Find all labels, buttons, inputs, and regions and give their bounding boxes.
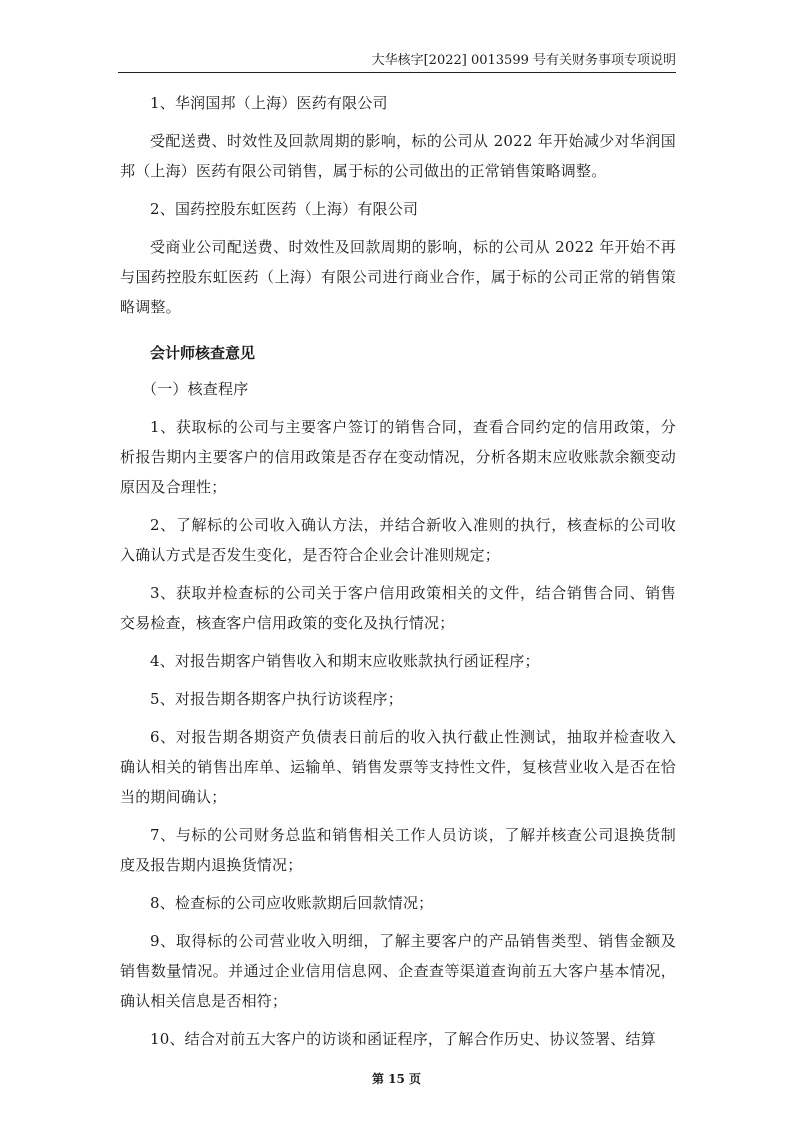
document-body: 1、华润国邦（上海）医药有限公司 受配送费、时效性及回款周期的影响，标的公司从 …	[120, 88, 676, 1062]
procedure-item: 3、获取并检查标的公司关于客户信用政策相关的文件，结合销售合同、销售交易检查，核…	[120, 578, 676, 638]
section-heading: 会计师核查意见	[120, 338, 676, 368]
paragraph: 受商业公司配送费、时效性及回款周期的影响，标的公司从 2022 年开始不再与国药…	[120, 232, 676, 322]
page-header: 大华核字[2022] 0013599 号有关财务事项专项说明	[118, 52, 676, 73]
subsection-heading: （一）核查程序	[120, 374, 676, 404]
procedure-item: 10、结合对前五大客户的访谈和函证程序，了解合作历史、协议签署、结算	[120, 1024, 676, 1054]
page-number: 第 15 页	[0, 1070, 793, 1087]
procedure-item: 4、对报告期客户销售收入和期末应收账款执行函证程序；	[120, 646, 676, 676]
procedure-item: 1、获取标的公司与主要客户签订的销售合同，查看合同约定的信用政策，分析报告期内主…	[120, 412, 676, 502]
procedure-item: 7、与标的公司财务总监和销售相关工作人员访谈，了解并核查公司退换货制度及报告期内…	[120, 820, 676, 880]
item-heading: 1、华润国邦（上海）医药有限公司	[120, 88, 676, 118]
procedure-item: 8、检查标的公司应收账款期后回款情况；	[120, 888, 676, 918]
procedure-item: 5、对报告期各期客户执行访谈程序；	[120, 684, 676, 714]
procedure-item: 9、取得标的公司营业收入明细，了解主要客户的产品销售类型、销售金额及销售数量情况…	[120, 926, 676, 1016]
item-heading: 2、国药控股东虹医药（上海）有限公司	[120, 194, 676, 224]
procedure-item: 6、对报告期各期资产负债表日前后的收入执行截止性测试，抽取并检查收入确认相关的销…	[120, 722, 676, 812]
procedure-item: 2、了解标的公司收入确认方法，并结合新收入准则的执行，核查标的公司收入确认方式是…	[120, 510, 676, 570]
paragraph: 受配送费、时效性及回款周期的影响，标的公司从 2022 年开始减少对华润国邦（上…	[120, 126, 676, 186]
